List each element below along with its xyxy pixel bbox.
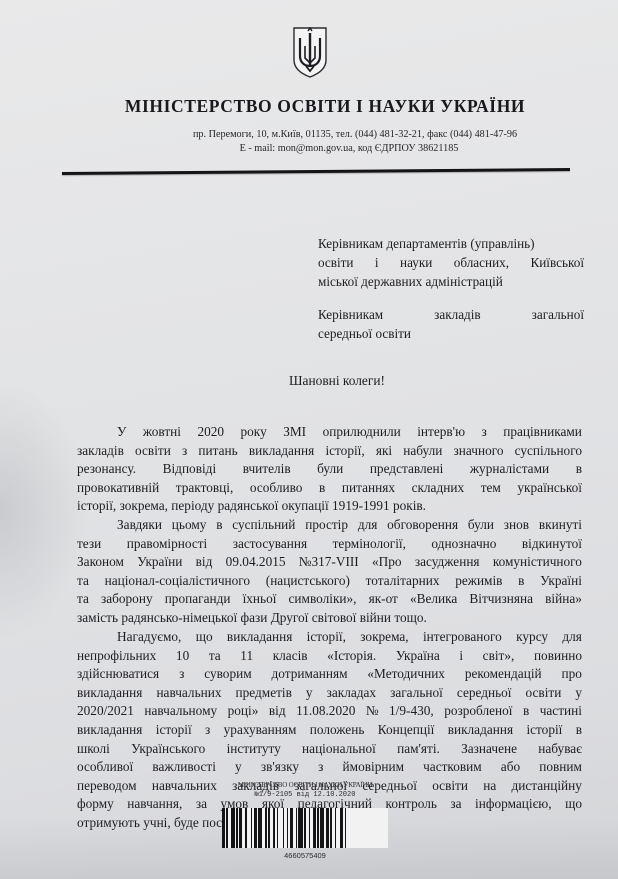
word: Відповіді [163,460,217,479]
word: і [459,647,463,666]
word: повинно [534,647,582,666]
paragraph-line: викладаннянавчальнихпредметівузакладахза… [77,684,582,703]
word: №317-VIII [299,553,359,572]
paragraph-1: Ужовтні2020рокуЗМІоприлюднилиінтерв'юзпр… [77,423,582,516]
word: частині [540,702,582,721]
paragraph-line: замість радянсько-німецької фази Другої … [77,609,582,628]
word: режимів [455,572,502,591]
word: Завдяки [117,516,162,535]
word: інституту [227,740,281,759]
word: науки [400,253,432,272]
paragraph-line: Ужовтні2020рокуЗМІоприлюднилиінтерв'юзпр… [77,423,582,442]
word: класів [273,647,308,666]
word: суспільний [232,516,295,535]
word: тоталітарних [366,572,440,591]
word: викладання [77,684,142,703]
word: питань [198,442,237,461]
word: освіти [526,684,562,703]
word: частковим [423,758,482,777]
word: та [77,572,89,591]
word: закладів [77,442,124,461]
word: повним [539,758,582,777]
word: з [205,721,210,740]
word: набуває [538,740,582,759]
word: та [209,647,221,666]
word: Керівникам [318,305,383,324]
word: викладання [227,628,292,647]
word: школі [77,740,110,759]
word: середньої [457,684,512,703]
word: освіти [432,777,468,796]
word: значного [454,442,504,461]
addressee-line-text: освітиінаукиобласних,Київської [318,253,584,272]
word: Нагадуємо, [117,628,181,647]
greeting: Шановні колеги! [0,373,618,389]
stamp-organization: МІНІСТЕРСТВО ОСВІТИ І НАУКИ УКРАЇНИ [230,781,380,789]
word: тези [77,535,101,554]
word: році» [228,702,259,721]
word: з [318,758,323,777]
word: пропаганди [165,590,231,609]
addressee-block-departments: Керівникам департаментів (управлінь) осв… [318,234,584,291]
word: суворим [204,665,251,684]
word: з [481,423,486,442]
word: здійснюватися [77,665,159,684]
word: як-от [369,590,398,609]
word: які [376,442,392,461]
word: Концепції [378,721,435,740]
word: складних [412,479,465,498]
word: (нацистського) [266,572,350,591]
word: інформацією, [475,795,552,814]
word: особливо [250,479,303,498]
addressee-line: Керівникам департаментів (управлінь) [318,234,584,253]
word: курсу [516,628,548,647]
word: за [196,795,207,814]
word: непрофільних [77,647,156,666]
paragraph-line: танаціонал-соціалістичного(нацистського)… [77,572,582,591]
paragraph-line: тазаборонупропагандиїхньоїсимволіки»,як-… [77,590,582,609]
word: навчальному [144,702,217,721]
ministry-address: пр. Перемоги, 10, м.Київ, 01135, тел. (0… [0,129,618,140]
word: 1/9-430, [389,702,434,721]
word: дотриманням [272,665,348,684]
addressee-line: Керівникамзакладівзагальної [318,305,584,324]
paragraph-line: здійснюватисязсуворимдотриманням«Методич… [77,665,582,684]
word: навчальних [156,684,221,703]
word: освіти [135,442,171,461]
paragraph-line: закладівосвітизпитаньвикладанняісторії,я… [77,442,582,461]
word: заборону [101,590,153,609]
paragraph-line: провокативнійтрактовці,особливовпитаннях… [77,479,582,498]
paragraph-line: історії, зокрема, періоду радянської оку… [77,497,582,516]
word: для [358,516,378,535]
word: Українського [131,740,205,759]
word: рекомендацій [465,665,542,684]
word: вчителів [243,460,291,479]
paragraph-line: Нагадуємо,щовикладанняісторії,зокрема,ін… [77,628,582,647]
word: предметів [236,684,292,703]
word: з [179,665,184,684]
word: оприлюднили [323,423,401,442]
word: 2020/2021 [77,702,134,721]
word: «Про [372,553,402,572]
addressee-block-schools: Керівникамзакладівзагальної середньої ос… [318,305,584,343]
word: «Методичних [367,665,445,684]
word: урахуванням [224,721,297,740]
barcode [222,808,388,848]
word: інтерв'ю [417,423,465,442]
word: «Історія. [327,647,376,666]
word: зокрема, [360,628,408,647]
word: трактовці, [176,479,234,498]
word: навчальних [152,777,217,796]
word: пам'яті. [397,740,440,759]
paragraph-line: школіУкраїнськогоінститутунаціональноїпа… [77,740,582,759]
word: Вітчизняна [469,590,533,609]
scanned-letter-page: МІНІСТЕРСТВО ОСВІТИ І НАУКИ УКРАЇНИ пр. … [0,0,618,879]
stamp-reg-number: №1/9-2105 від 12.10.2020 [230,791,380,799]
word: набули [403,442,442,461]
word: особливої [77,758,133,777]
word: історії, [307,628,346,647]
addressee-line: освітиінаукиобласних,Київської [318,253,584,272]
word: були [317,460,343,479]
tryzub-coat-of-arms-icon [292,26,328,78]
word: світ», [483,647,515,666]
word: в [576,460,582,479]
word: суспільного [515,442,582,461]
word: в [576,721,582,740]
word: на [483,777,496,796]
word: ймовірним [343,758,404,777]
addressee-line: середньої освіти [318,324,584,343]
word: засудження [415,553,480,572]
word: положень [310,721,365,740]
word: Зазначене [461,740,517,759]
word: застосування [233,535,307,554]
ministry-name-heading: МІНІСТЕРСТВО ОСВІТИ І НАУКИ УКРАЇНИ [0,96,618,117]
word: України [137,553,182,572]
word: У [117,423,126,442]
word: відкинутої [522,535,582,554]
paragraph-line: непрофільних10та11класів«Історія.Україна… [77,647,582,666]
paragraph-line: особливоїважливостіузв'язкузймовірнимчас… [77,758,582,777]
word: національної [302,740,376,759]
word: загальної [532,305,584,324]
paragraph-line: Завдякицьомувсуспільнийпростірдляобговор… [77,516,582,535]
word: та [77,590,89,609]
word: війна» [545,590,582,609]
word: «Велика [410,590,457,609]
addressee-line-text: Керівникамзакладівзагальної [318,305,584,324]
word: термінології, [333,535,406,554]
word: інтегрованого [423,628,502,647]
word: навчання, [127,795,182,814]
paragraph-line: викладанняісторіїзурахуваннямположеньКон… [77,721,582,740]
word: освіти [318,253,354,272]
word: від [196,553,213,572]
word: викладання [249,442,314,461]
paragraph-line: тезиправомірностізастосуваннятермінологі… [77,535,582,554]
word: що [565,795,582,814]
word: Законом [77,553,124,572]
word: вкинуті [539,516,582,535]
word: у [575,684,582,703]
paragraph-2: Завдякицьомувсуспільнийпростірдляобговор… [77,516,582,628]
word: закладів [434,305,481,324]
paragraph-line: ЗакономУкраїнивід09.04.2015№317-VIII«Про… [77,553,582,572]
word: символіки», [289,590,357,609]
word: простір [305,516,348,535]
word: ЗМІ [283,423,306,442]
word: у [235,758,242,777]
word: обговорення [387,516,458,535]
word: в [523,702,529,721]
word: працівниками [503,423,582,442]
word: тем [481,479,501,498]
word: 2020 [197,423,224,442]
word: зв'язку [261,758,299,777]
word: № [366,702,379,721]
word: про [562,665,582,684]
word: знов [504,516,529,535]
word: обласних, [454,253,509,272]
barcode-bar [346,808,349,848]
word: в [518,572,524,591]
word: їхньої [243,590,277,609]
word: в [216,516,222,535]
word: представлені [370,460,443,479]
word: 11 [240,647,253,666]
word: Україні [540,572,582,591]
word: розробленої [444,702,512,721]
word: правомірності [127,535,208,554]
word: викладання [448,721,513,740]
word: української [517,479,582,498]
word: викладання [77,721,142,740]
paragraph-line: резонансу.Відповідівчителівбулипредставл… [77,460,582,479]
addressee-line: міської державних адміністрацій [318,272,584,291]
word: журналістами [470,460,549,479]
word: історії [156,721,192,740]
word: важливості [152,758,216,777]
word: Україна [396,647,440,666]
word: жовтні [143,423,181,442]
word: комуністичного [493,553,582,572]
word: закладах [327,684,376,703]
word: у [306,684,313,703]
word: дистанційну [511,777,581,796]
word: для [562,628,582,647]
ministry-contacts: E - mail: mon@mon.gov.ua, код ЄДРПОУ 386… [0,143,618,154]
word: Київської [530,253,584,272]
word: контроль [386,795,437,814]
word: переводом [77,777,137,796]
paragraph-line: 2020/2021навчальномуроці»від11.08.2020№1… [77,702,582,721]
word: історії [526,721,562,740]
barcode-number: 4660575409 [222,851,388,860]
word: 09.04.2015 [226,553,286,572]
word: 10 [176,647,189,666]
word: або [501,758,520,777]
letterhead-divider [62,168,570,175]
word: за [450,795,461,814]
word: року [241,423,267,442]
word: і [375,253,379,272]
word: історії, [325,442,364,461]
word: провокативній [77,479,159,498]
word: питаннях [342,479,395,498]
word: що [196,628,213,647]
word: націонал-соціалістичного [105,572,250,591]
word: загальної [390,684,443,703]
registration-stamp: МІНІСТЕРСТВО ОСВІТИ І НАУКИ УКРАЇНИ №1/9… [222,781,390,861]
word: резонансу. [77,460,136,479]
word: форму [77,795,114,814]
word: в [319,479,325,498]
word: були [468,516,494,535]
word: 11.08.2020 [296,702,355,721]
word: з [182,442,187,461]
word: цьому [172,516,207,535]
word: однозначно [431,535,496,554]
word: від [269,702,286,721]
